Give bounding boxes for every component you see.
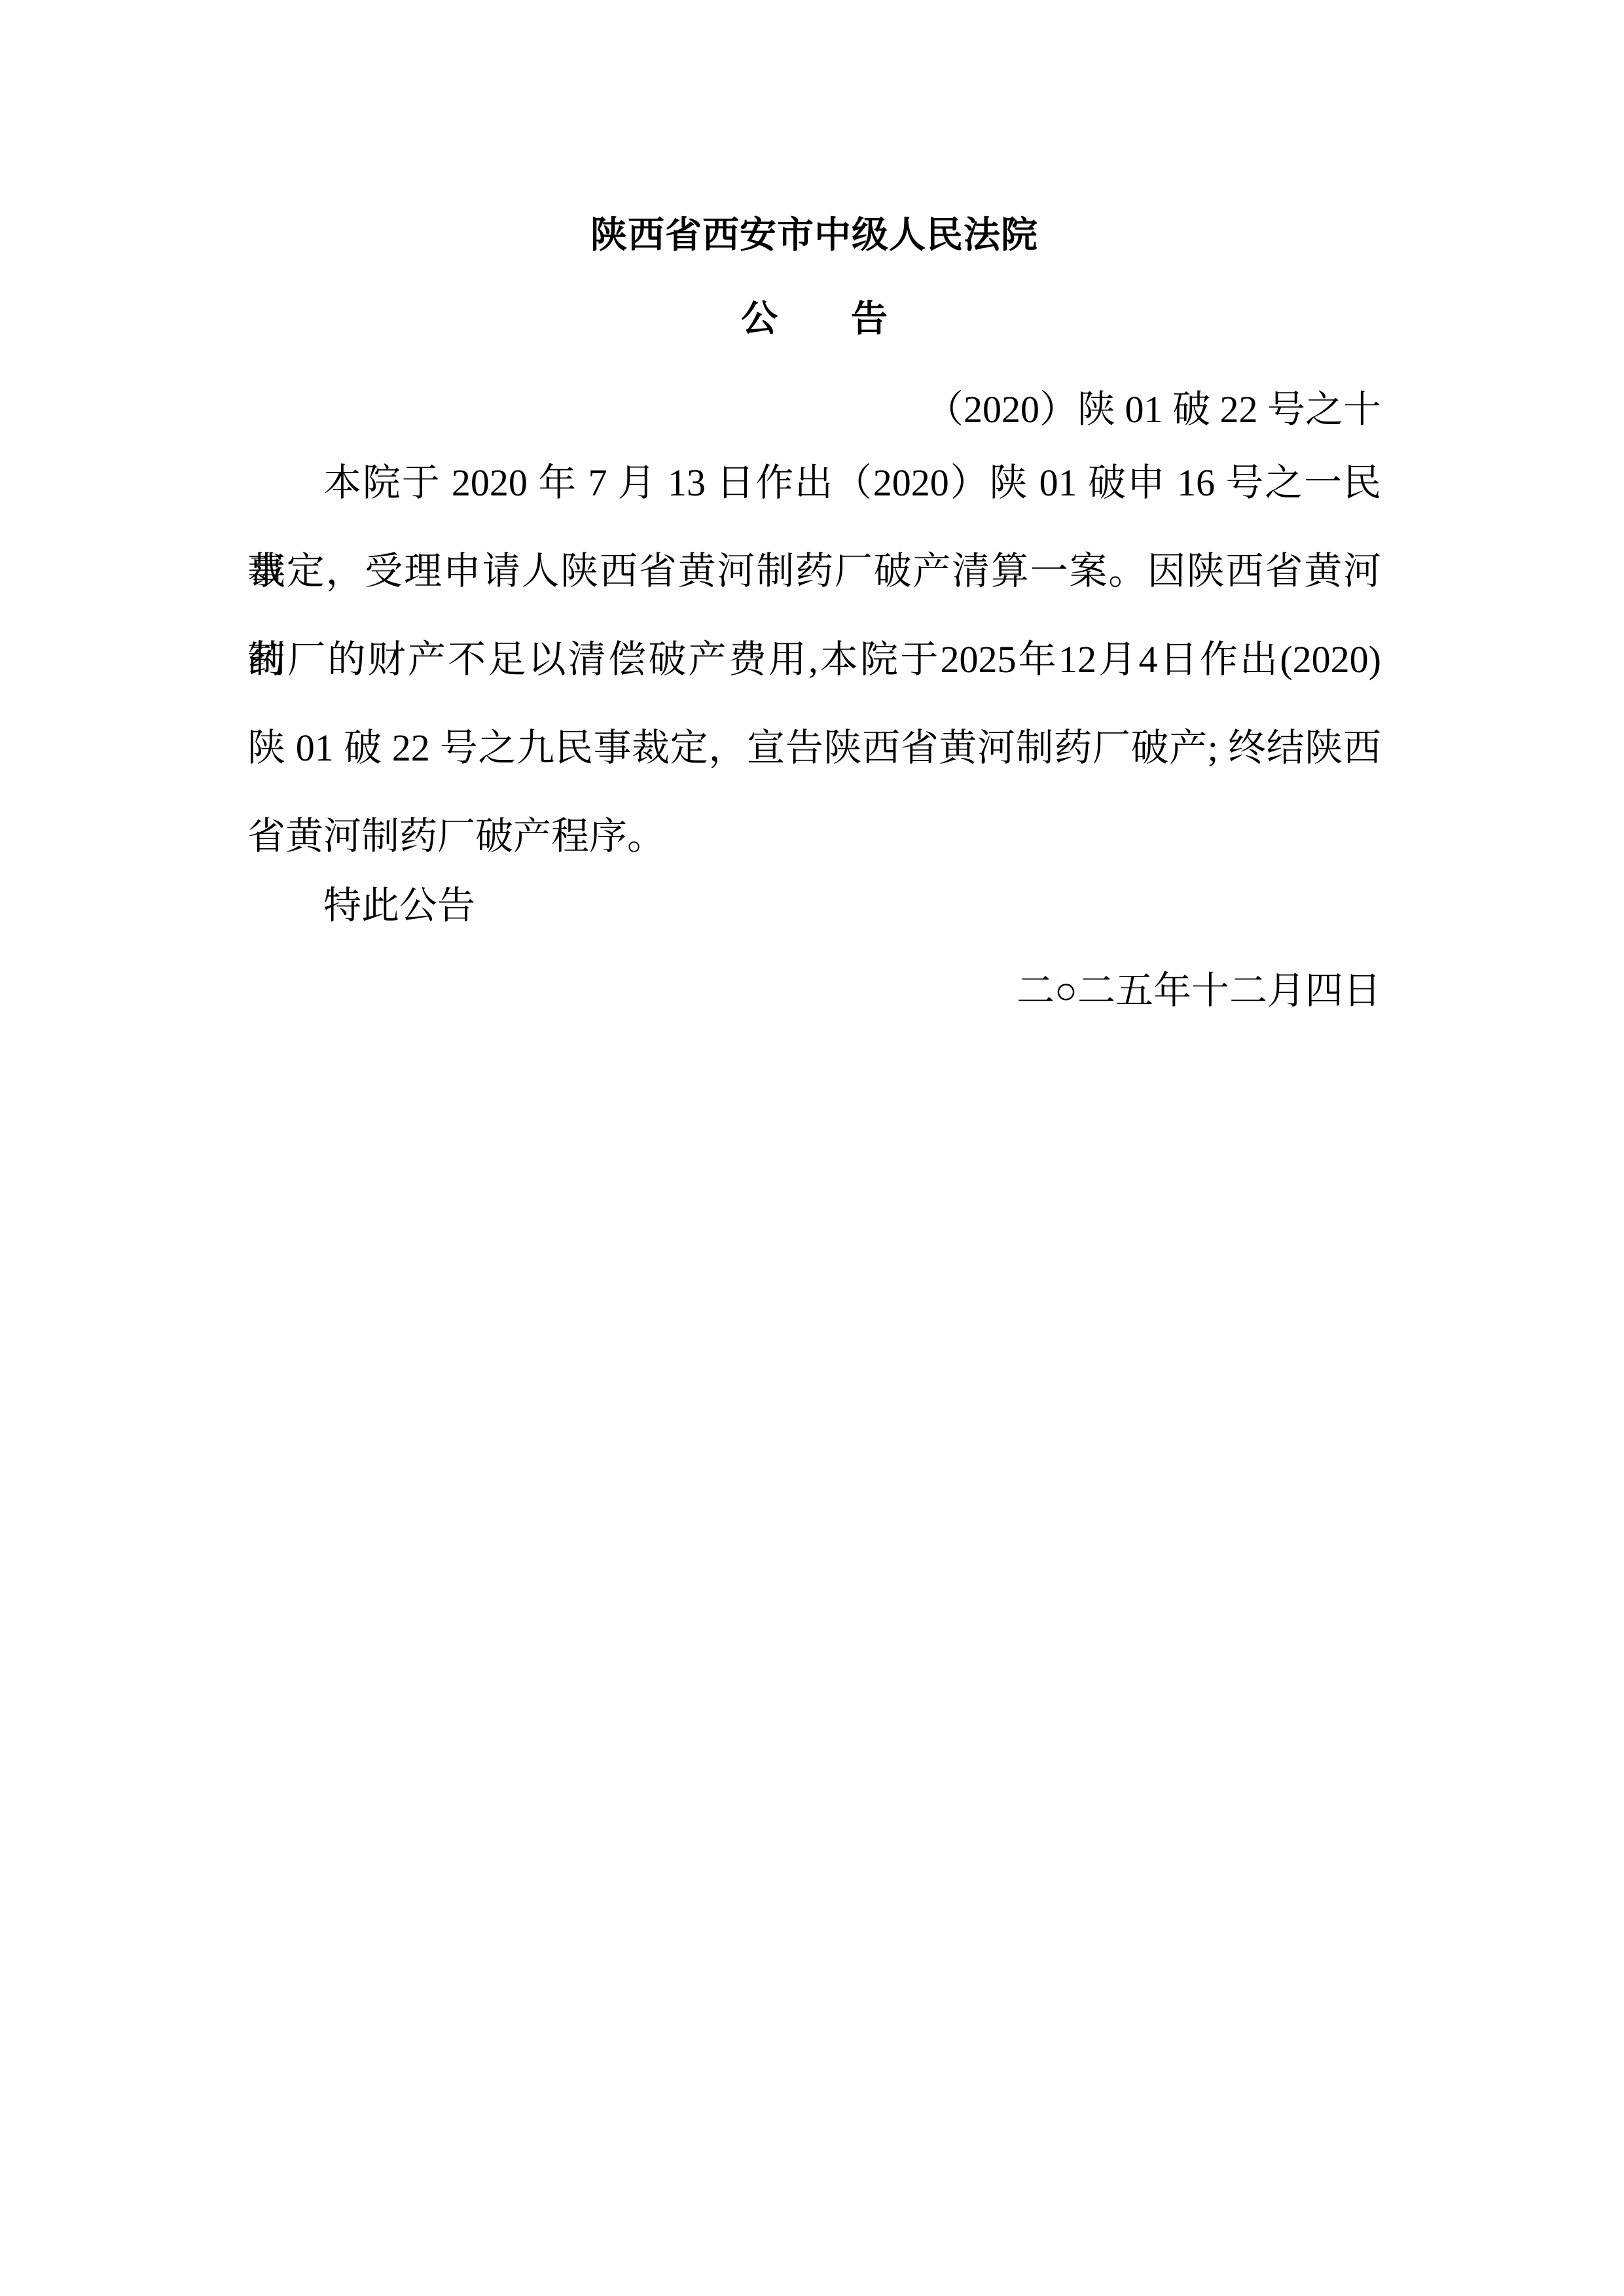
announcement-body: 本院于 2020 年 7 月 13 日作出（2020）陕 01 破申 16 号之… <box>247 439 1381 880</box>
court-name-heading: 陕西省西安市中级人民法院 <box>247 216 1381 257</box>
body-line-1: 本院于 2020 年 7 月 13 日作出（2020）陕 01 破申 16 号之… <box>247 439 1381 527</box>
body-line-4: 陕 01 破 22 号之九民事裁定，宣告陕西省黄河制药厂破产; 终结陕西 <box>247 704 1381 792</box>
document-title: 公 告 <box>247 300 1381 340</box>
announcement-page: 陕西省西安市中级人民法院 公 告 （2020）陕 01 破 22 号之十 本院于… <box>0 0 1624 2296</box>
body-line-3: 药厂的财产不足以清偿破产费用,本院于2025年12月4日作出(2020) <box>247 615 1381 704</box>
issue-date: 二○二五年十二月四日 <box>247 970 1381 1012</box>
body-line-2: 裁定，受理申请人陕西省黄河制药厂破产清算一案。因陕西省黄河制 <box>247 527 1381 615</box>
closing-statement: 特此公告 <box>323 885 475 927</box>
body-line-5: 省黄河制药厂破产程序。 <box>247 792 1381 880</box>
case-number: （2020）陕 01 破 22 号之十 <box>247 389 1381 431</box>
